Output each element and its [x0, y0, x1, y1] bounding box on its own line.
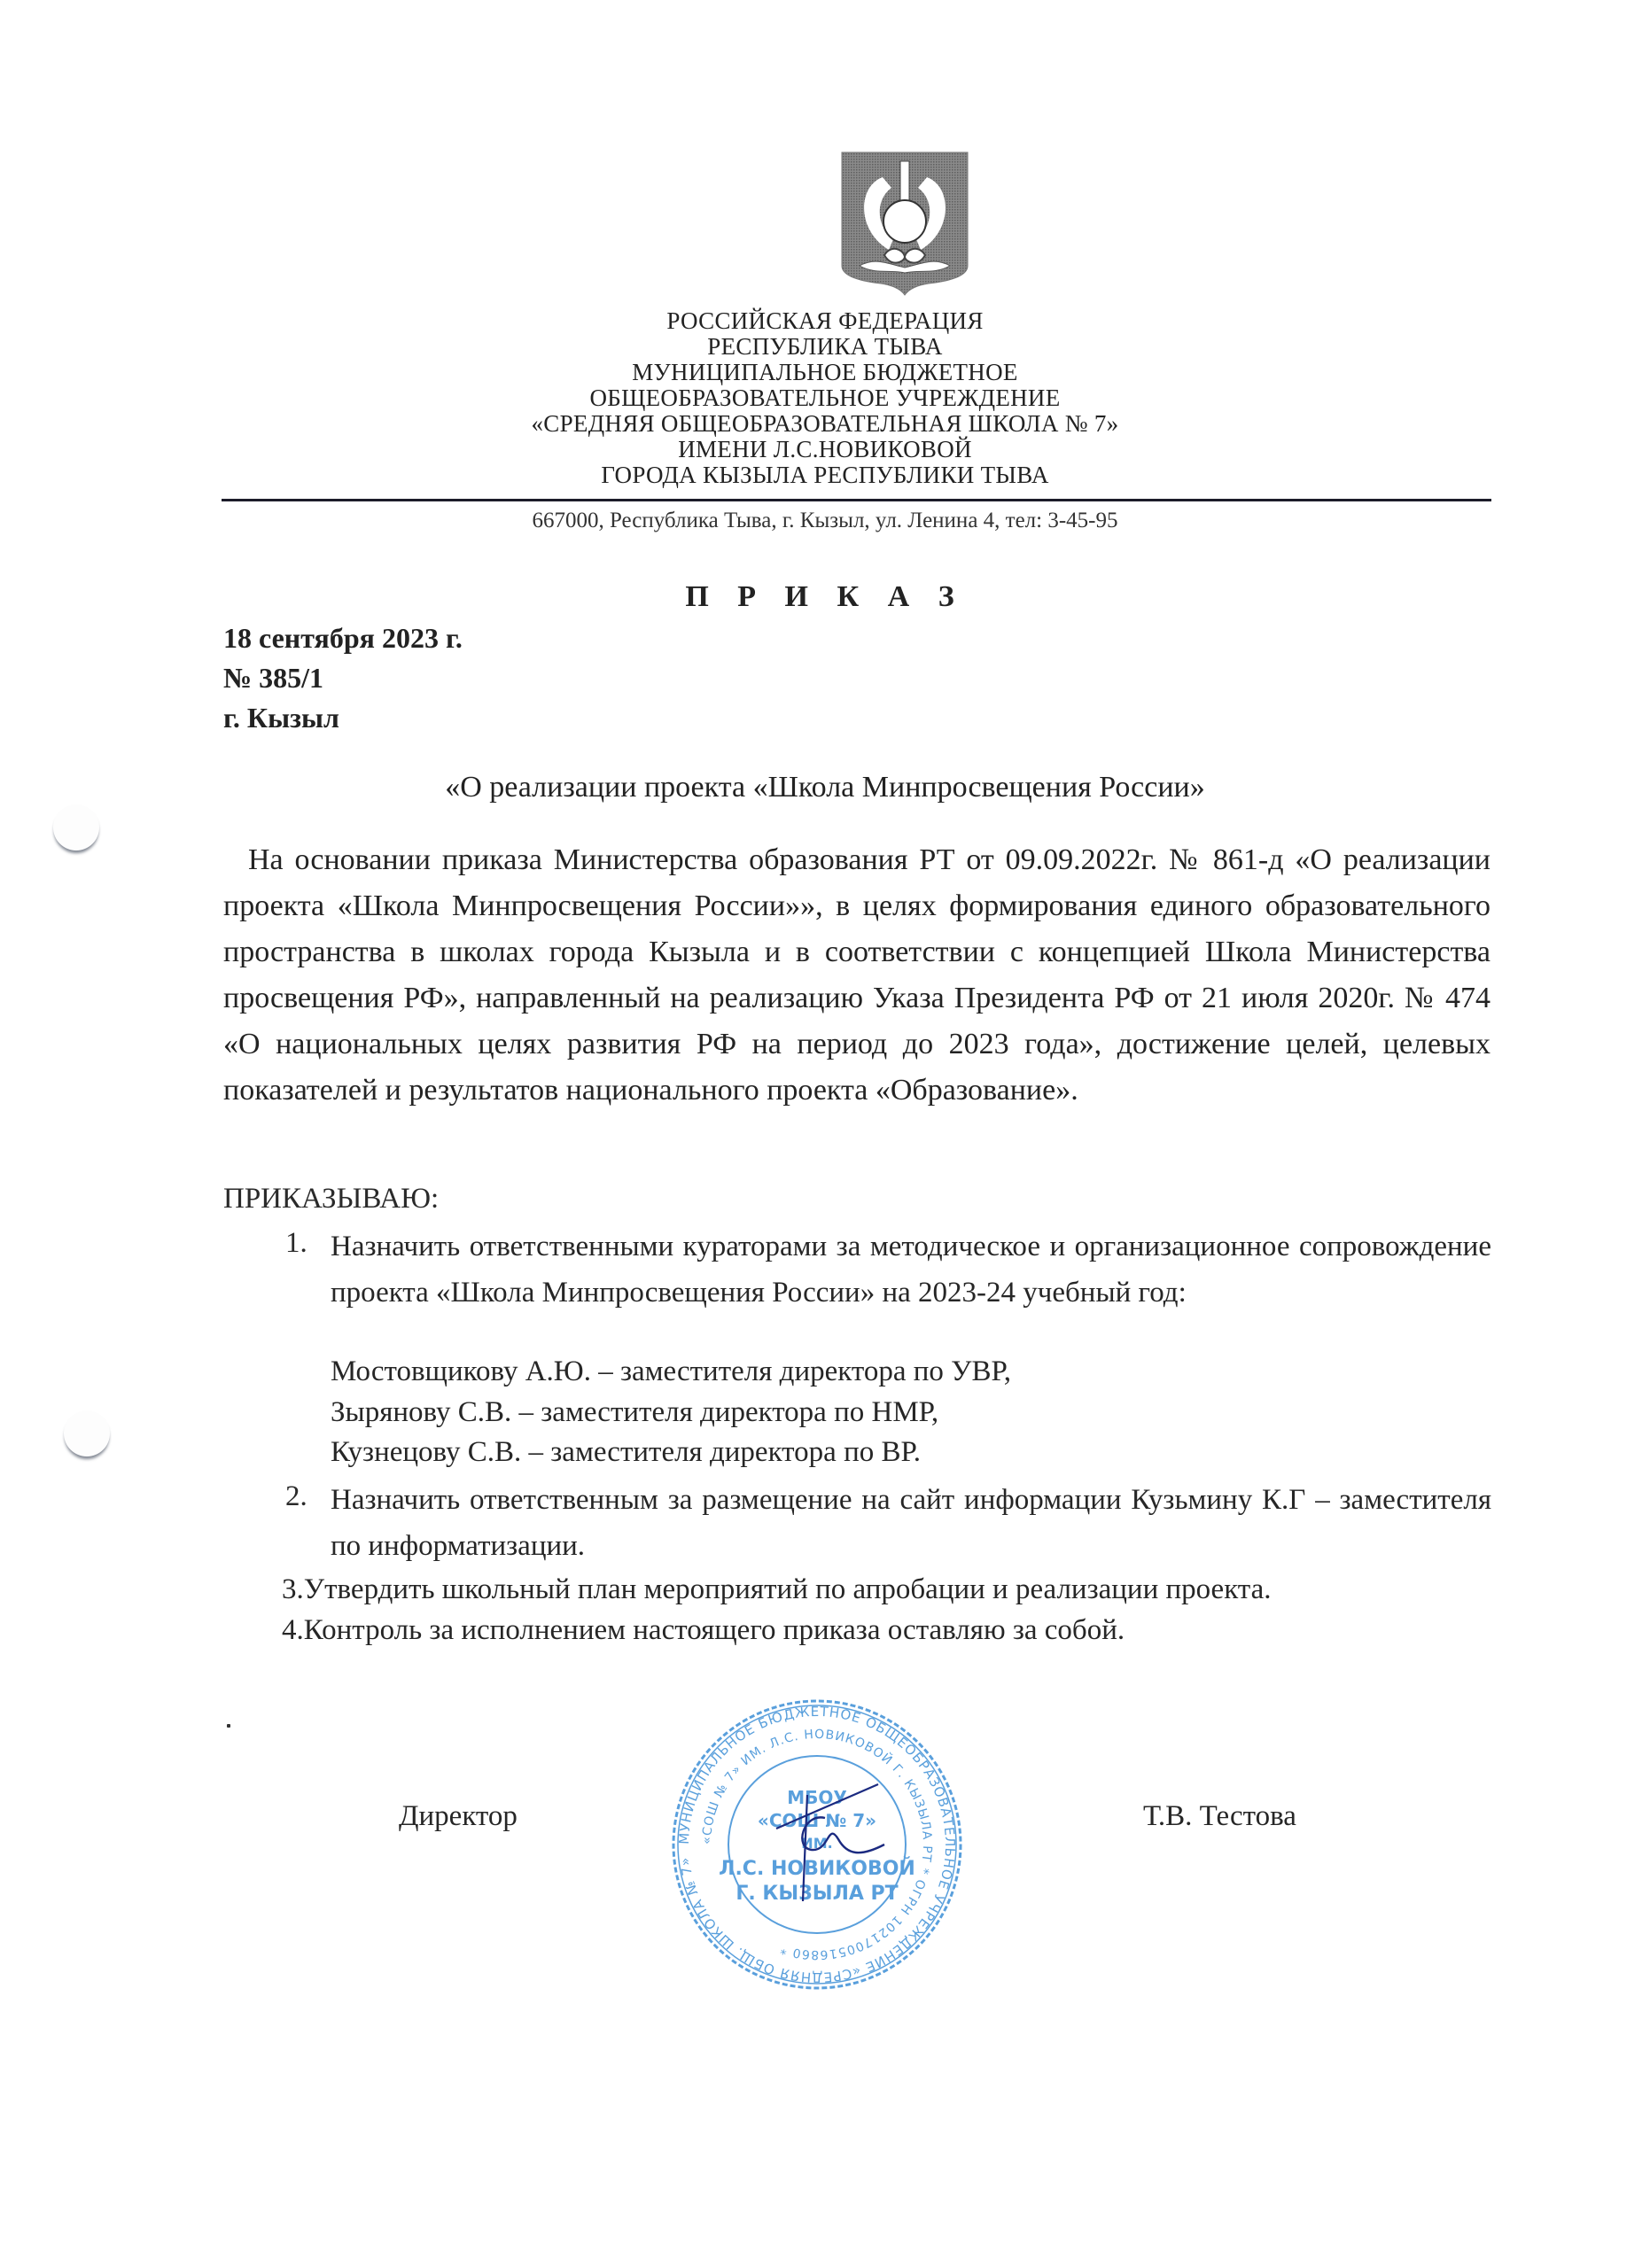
document-title: П Р И К А З [0, 580, 1650, 614]
order-number: № 385/1 [223, 660, 323, 695]
official-seal-icon: МУНИЦИПАЛЬНОЕ БЮДЖЕТНОЕ ОБЩЕОБРАЗОВАТЕЛЬ… [670, 1697, 964, 1992]
header-line: «СРЕДНЯЯ ОБЩЕОБРАЗОВАТЕЛЬНАЯ ШКОЛА № 7» [0, 411, 1650, 437]
scan-speck [227, 1724, 230, 1728]
institution-header: РОССИЙСКАЯ ФЕДЕРАЦИЯ РЕСПУБЛИКА ТЫВА МУН… [0, 308, 1650, 488]
header-line: МУНИЦИПАЛЬНОЕ БЮДЖЕТНОЕ [0, 360, 1650, 385]
header-line: РЕСПУБЛИКА ТЫВА [0, 334, 1650, 360]
assignee: Кузнецову С.В. – заместителя директора п… [331, 1436, 921, 1469]
header-line: ОБЩЕОБРАЗОВАТЕЛЬНОЕ УЧРЕЖДЕНИЕ [0, 385, 1650, 411]
header-line: ИМЕНИ Л.С.НОВИКОВОЙ [0, 437, 1650, 462]
preamble-paragraph: На основании приказа Министерства образо… [223, 837, 1490, 1114]
header-line: ГОРОДА КЫЗЫЛА РЕСПУБЛИКИ ТЫВА [0, 462, 1650, 488]
item-number: 1. [285, 1227, 307, 1260]
signatory-position: Директор [399, 1800, 518, 1833]
item-number: 2. [285, 1480, 307, 1513]
assignee: Мостовщикову А.Ю. – заместителя директор… [331, 1355, 1011, 1388]
signatory-name: Т.В. Тестова [1143, 1800, 1296, 1833]
item-text: 3.Утвердить школьный план мероприятий по… [282, 1573, 1272, 1606]
header-divider [222, 499, 1491, 501]
item-text: Назначить ответственным за размещение на… [331, 1477, 1491, 1569]
svg-text:Л.С. НОВИКОВОЙ: Л.С. НОВИКОВОЙ [719, 1857, 915, 1880]
order-heading: ПРИКАЗЫВАЮ: [223, 1183, 439, 1216]
svg-text:МБОУ: МБОУ [787, 1787, 847, 1808]
item-text: Назначить ответственными кураторами за м… [331, 1223, 1491, 1316]
svg-text:Г. КЫЗЫЛА РТ: Г. КЫЗЫЛА РТ [735, 1883, 898, 1905]
order-date: 18 сентября 2023 г. [223, 620, 463, 656]
institution-address: 667000, Республика Тыва, г. Кызыл, ул. Л… [0, 509, 1650, 533]
order-city: г. Кызыл [223, 700, 339, 735]
item-text: 4.Контроль за исполнением настоящего при… [282, 1614, 1125, 1647]
punch-hole-top [53, 804, 99, 850]
header-line: РОССИЙСКАЯ ФЕДЕРАЦИЯ [0, 308, 1650, 334]
svg-text:«СОШ № 7»: «СОШ № 7» [758, 1810, 876, 1831]
assignee: Зырянову С.В. – заместителя директора по… [331, 1396, 938, 1429]
kyzyl-coat-of-arms-icon [840, 151, 969, 297]
preamble-text: На основании приказа Министерства образо… [223, 843, 1490, 1107]
order-subject: «О реализации проекта «Школа Минпросвеще… [0, 771, 1650, 804]
punch-hole-bottom [64, 1410, 110, 1456]
